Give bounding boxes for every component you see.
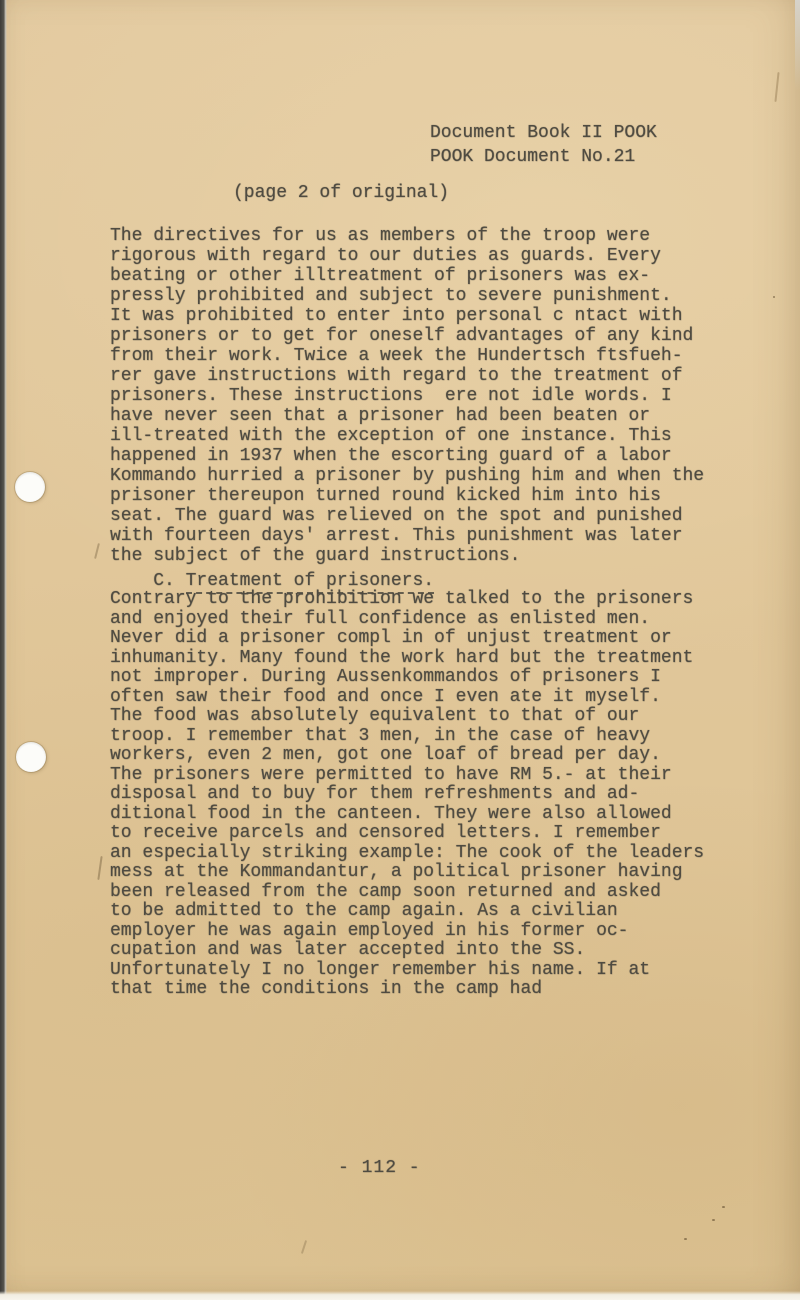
text-line: The directives for us as members of the … — [110, 226, 704, 246]
paragraph-guard-directives: The directives for us as members of the … — [110, 226, 704, 566]
text-line: cupation and was later accepted into the… — [110, 941, 704, 961]
text-line: workers, even 2 men, got one loaf of bre… — [110, 746, 704, 766]
text-line: that time the conditions in the camp had — [110, 980, 704, 1000]
pen-mark — [94, 543, 100, 559]
text-line: It was prohibited to enter into personal… — [110, 306, 704, 326]
text-line: Contrary to the prohibition we talked to… — [110, 590, 704, 610]
text-line: mess at the Kommandantur, a political pr… — [110, 863, 704, 883]
paper-speck — [712, 1219, 715, 1221]
paper-speck — [684, 1238, 687, 1240]
text-line: ditional food in the canteen. They were … — [110, 805, 704, 825]
text-line: prisoners or to get for oneself advantag… — [110, 326, 704, 346]
scan-edge-right — [795, 0, 800, 90]
text-line: rigorous with regard to our duties as gu… — [110, 246, 704, 266]
text-line: not improper. During Aussenkommandos of … — [110, 668, 704, 688]
text-line: ill-treated with the exception of one in… — [110, 426, 704, 446]
header-line-1: Document Book II POOK — [430, 121, 657, 145]
text-line: an especially striking example: The cook… — [110, 844, 704, 864]
text-line: Never did a prisoner compl in of unjust … — [110, 629, 704, 649]
text-line: employer he was again employed in his fo… — [110, 922, 704, 942]
text-line: from their work. Twice a week the Hunder… — [110, 346, 704, 366]
text-line: beating or other illtreatment of prisone… — [110, 266, 704, 286]
paper-speck — [773, 296, 775, 298]
text-line: happened in 1937 when the escorting guar… — [110, 446, 704, 466]
hole-punch-bottom — [16, 742, 46, 772]
text-line: rer gave instructions with regard to the… — [110, 366, 704, 386]
text-line: and enjoyed their full confidence as enl… — [110, 610, 704, 630]
pen-mark — [301, 1240, 307, 1254]
text-line: disposal and to buy for them refreshment… — [110, 785, 704, 805]
text-line: Unfortunately I no longer remember his n… — [110, 961, 704, 981]
text-line: The food was absolutely equivalent to th… — [110, 707, 704, 727]
paper-speck — [722, 1206, 725, 1208]
document-header: Document Book II POOK POOK Document No.2… — [430, 121, 657, 169]
paragraph-treatment-of-prisoners: Contrary to the prohibition we talked to… — [110, 590, 704, 1000]
text-line: to be admitted to the camp again. As a c… — [110, 902, 704, 922]
text-line: prisoners. These instructions ere not id… — [110, 386, 704, 406]
hole-punch-top — [15, 472, 45, 502]
text-line: pressly prohibited and subject to severe… — [110, 286, 704, 306]
text-line: have never seen that a prisoner had been… — [110, 406, 704, 426]
paper-crease-mark — [774, 72, 779, 102]
text-line: been released from the camp soon returne… — [110, 883, 704, 903]
text-line: The prisoners were permitted to have RM … — [110, 766, 704, 786]
text-line: inhumanity. Many found the work hard but… — [110, 649, 704, 669]
text-line: Kommando hurried a prisoner by pushing h… — [110, 466, 704, 486]
page-number: - 112 - — [338, 1158, 421, 1178]
text-line: prisoner thereupon turned round kicked h… — [110, 486, 704, 506]
text-line: with fourteen days' arrest. This punishm… — [110, 526, 704, 546]
scanned-document-page: Document Book II POOK POOK Document No.2… — [0, 0, 800, 1300]
text-line: often saw their food and once I even ate… — [110, 688, 704, 708]
text-line: seat. The guard was relieved on the spot… — [110, 506, 704, 526]
scan-edge-bottom — [0, 1291, 800, 1300]
text-line: to receive parcels and censored letters.… — [110, 824, 704, 844]
header-line-2: POOK Document No.21 — [430, 145, 657, 169]
text-line: troop. I remember that 3 men, in the cas… — [110, 727, 704, 747]
page-reference: (page 2 of original) — [233, 183, 449, 203]
pen-mark — [97, 856, 102, 880]
scan-edge-left — [0, 0, 7, 1300]
section-heading-prefix: C. — [153, 571, 185, 591]
